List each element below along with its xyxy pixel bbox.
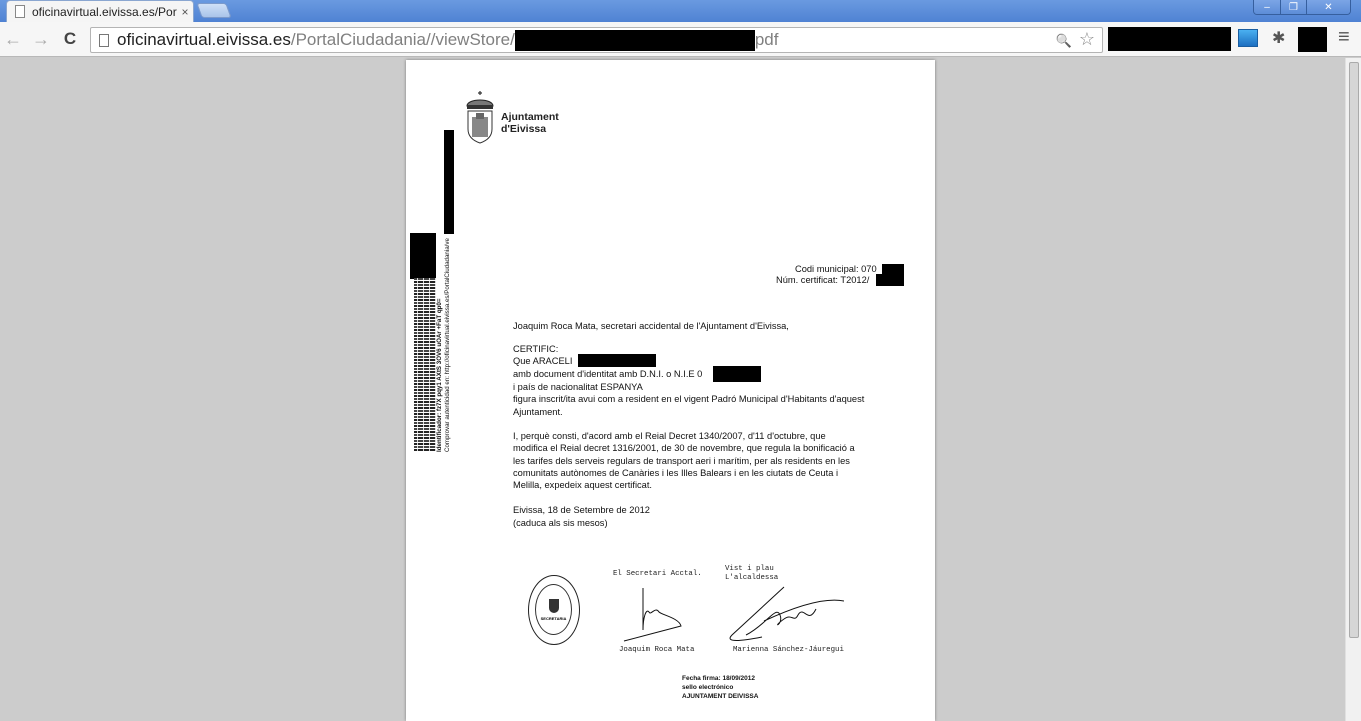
- url-path: /PortalCiudadania//viewStore/: [291, 30, 515, 50]
- zoom-icon[interactable]: 🔍: [1056, 33, 1072, 49]
- redacted-block: [515, 30, 755, 51]
- new-tab-button[interactable]: [196, 3, 231, 18]
- resident-line-2: Ajuntament.: [513, 406, 563, 419]
- signer1-title: El Secretari Acctal.: [613, 570, 702, 579]
- signer2-title2: L'alcaldessa: [725, 574, 778, 583]
- bookmark-star-icon[interactable]: ☆: [1079, 29, 1095, 50]
- redacted-block: [444, 130, 454, 234]
- coat-of-arms-icon: [464, 90, 496, 148]
- close-window-button[interactable]: ✕: [1306, 0, 1350, 15]
- legal-line-1: I, perquè consti, d'acord amb el Reial D…: [513, 430, 826, 443]
- id-document-line: amb document d'identitat amb D.N.I. o N.…: [513, 368, 702, 381]
- intro-text: Joaquim Roca Mata, secretari accidental …: [513, 320, 789, 333]
- seal-shield-icon: [549, 599, 559, 613]
- window-controls: – ❐ ✕: [1253, 0, 1351, 15]
- redacted-block: [1108, 27, 1231, 51]
- maximize-button[interactable]: ❐: [1280, 0, 1306, 15]
- legal-line-3: les tarifes dels serveis regulars de tra…: [513, 455, 850, 468]
- tab-title: oficinavirtual.eivissa.es/Port: [32, 5, 177, 19]
- electronic-seal-label: sello electrónico: [682, 683, 733, 692]
- sign-date: Fecha firma: 18/09/2012: [682, 674, 755, 683]
- menu-icon[interactable]: ≡: [1338, 26, 1350, 49]
- logo-line-2: d'Eivissa: [501, 123, 559, 135]
- minimize-button[interactable]: –: [1254, 0, 1280, 15]
- redacted-block: [410, 233, 436, 279]
- official-seal: SECRETARIA: [528, 575, 580, 645]
- back-button[interactable]: ←: [2, 29, 24, 49]
- browser-tab[interactable]: oficinavirtual.eivissa.es/Port ×: [6, 0, 194, 22]
- legal-line-5: Melilla, expedeix aquest certificat.: [513, 479, 652, 492]
- resident-line-1: figura inscrit/ita avui com a resident e…: [513, 393, 864, 406]
- nationality-line: i país de nacionalitat ESPANYA: [513, 381, 643, 394]
- pdf-page: Ajuntament d'Eivissa Identificador: fz7X…: [406, 60, 935, 721]
- browser-toolbar: ← → C oficinavirtual.eivissa.es/PortalCi…: [0, 22, 1361, 57]
- extension-puzzle-icon[interactable]: ✱: [1272, 28, 1285, 48]
- seal-center: SECRETARIA: [535, 584, 572, 635]
- scrollbar[interactable]: [1345, 58, 1361, 721]
- image-extension-icon[interactable]: [1238, 29, 1258, 47]
- seal-text: SECRETARIA: [541, 616, 567, 621]
- num-certificat: Núm. certificat: T2012/: [776, 274, 869, 287]
- signer2-title1: Vist i plau: [725, 565, 774, 574]
- redacted-block: [713, 366, 761, 382]
- signer2-name: Marienna Sánchez-Jáuregui: [733, 646, 844, 655]
- page-icon: [15, 5, 25, 18]
- window-titlebar: oficinavirtual.eivissa.es/Port × – ❐ ✕: [0, 0, 1361, 22]
- datamatrix-barcode: [414, 278, 436, 451]
- redacted-block: [578, 354, 656, 367]
- redacted-block: [876, 274, 904, 286]
- logo-text: Ajuntament d'Eivissa: [501, 111, 559, 135]
- person-name: Que ARACELI: [513, 355, 572, 368]
- date-line: Eivissa, 18 de Setembre de 2012: [513, 504, 650, 517]
- legal-line-2: modifica el Reial decret 1316/2001, de 3…: [513, 442, 855, 455]
- certific-heading: CERTIFIC:: [513, 343, 558, 356]
- verify-url-text: Comprovar autenticidad en: http://oficin…: [444, 238, 451, 452]
- forward-button[interactable]: →: [30, 29, 52, 49]
- tab-close-icon[interactable]: ×: [177, 5, 193, 19]
- url-host: oficinavirtual.eivissa.es: [117, 30, 291, 50]
- reload-button[interactable]: C: [59, 29, 81, 49]
- address-bar[interactable]: oficinavirtual.eivissa.es/PortalCiudadan…: [90, 27, 1103, 53]
- url-suffix: pdf: [755, 30, 779, 50]
- signer1-name: Joaquim Roca Mata: [619, 646, 694, 655]
- signature-mayor: [724, 585, 844, 645]
- redacted-block: [1298, 27, 1327, 52]
- identifier-text: Identificador: fz7X pqy1 AXtS 3OV6 uOAr …: [436, 299, 443, 452]
- legal-line-4: comunitats autònomes de Canàries i les I…: [513, 467, 838, 480]
- logo-line-1: Ajuntament: [501, 111, 559, 123]
- scrollbar-thumb[interactable]: [1349, 62, 1359, 638]
- redacted-block: [882, 264, 904, 274]
- signature-secretary: [621, 585, 691, 645]
- page-icon: [99, 34, 109, 47]
- expiry-line: (caduca als sis mesos): [513, 517, 608, 530]
- stamp-authority: AJUNTAMENT DEIVISSA: [682, 692, 758, 701]
